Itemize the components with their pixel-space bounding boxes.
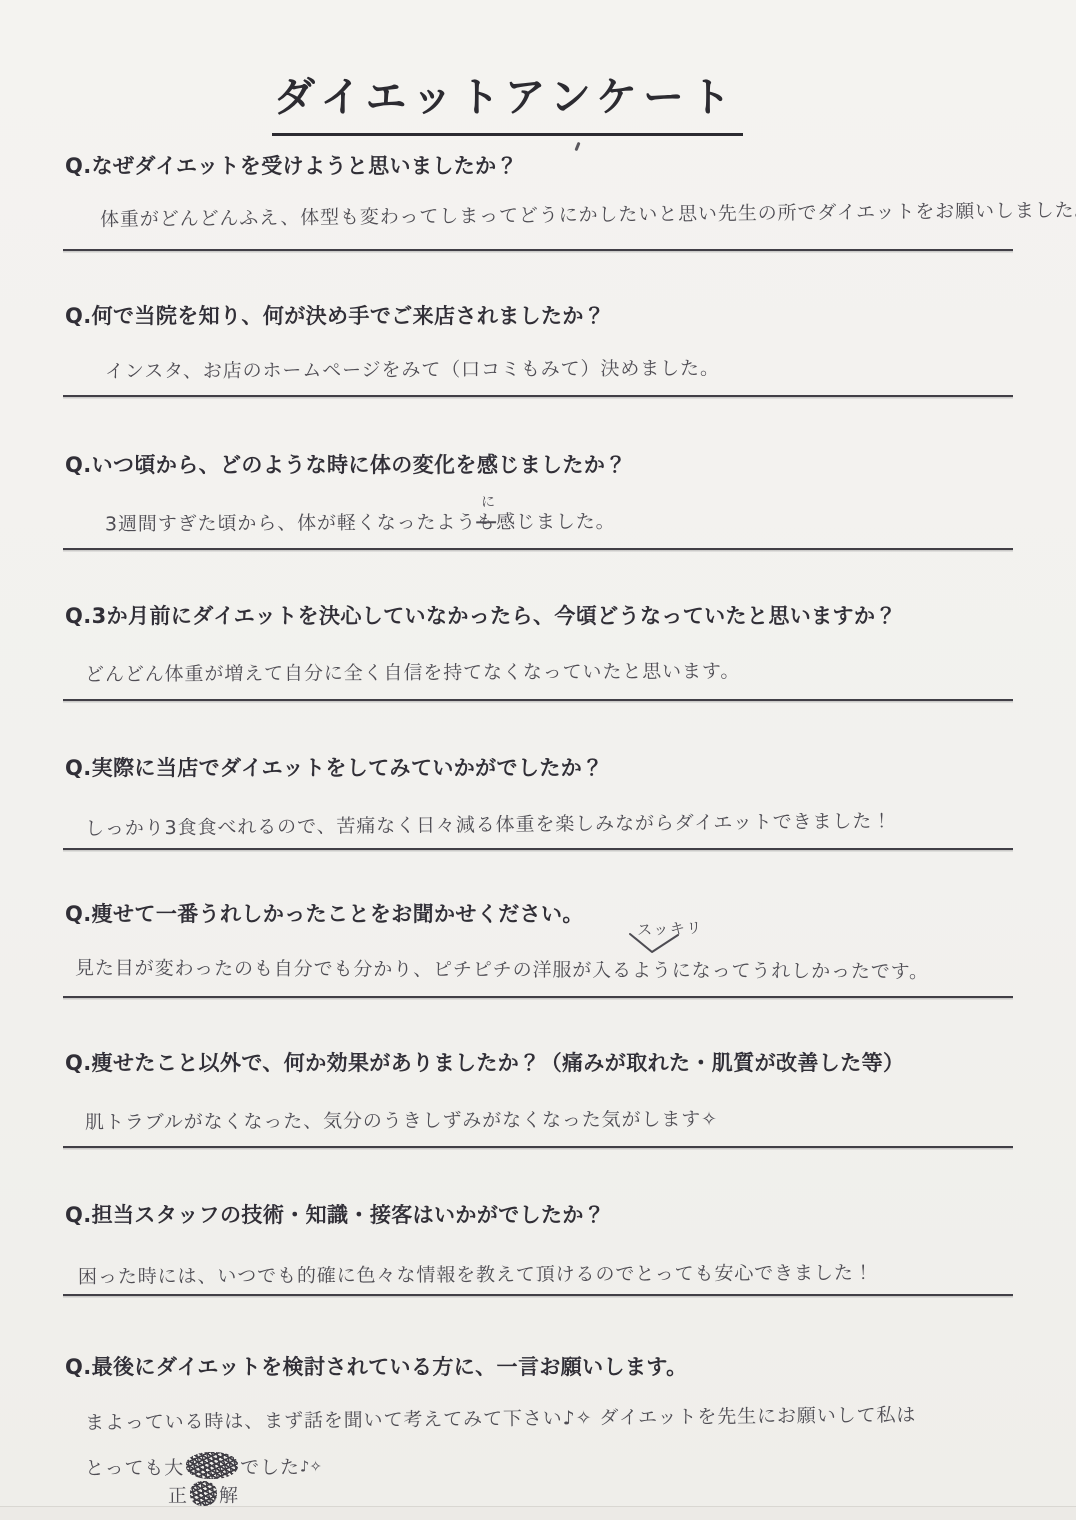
question-text-3: Q.いつ頃から、どのような時に体の変化を感じましたか？ [65,449,627,479]
handwritten-answer-9-line1: まよっている時は、まず話を聞いて考えてみて下さい♪✧ ダイエットを先生にお願いし… [85,1400,917,1435]
handwritten-answer-2: インスタ、お店のホームページをみて（口コミもみて）決めました。 [105,353,720,383]
section-separator [63,848,1013,850]
inserted-char: に [481,491,495,511]
section-separator [63,996,1013,998]
answer-text: 感じました。 [496,511,616,534]
question-text-6: Q.痩せて一番うれしかったことをお聞かせください。 [65,898,584,928]
scanned-questionnaire-page: ダイエットアンケート Q.なぜダイエットを受けようと思いましたか？ 体重がどんど… [0,0,1076,1520]
question-text-2: Q.何で当院を知り、何が決め手でご来店されましたか？ [65,300,605,330]
handwritten-answer-4: どんどん体重が増えて自分に全く自信を持てなくなっていたと思います。 [85,656,740,686]
handwritten-answer-5: しっかり3食食べれるので、苦痛なく日々減る体重を楽しみながらダイエットできました… [85,806,892,841]
scribbled-out-char [190,1481,217,1506]
section-separator [63,395,1013,397]
sparkle-mark: ♪✧ [300,1457,322,1475]
answer-text: でした [240,1456,300,1478]
answer-text: とっても大 [85,1457,184,1480]
caret-arrow-icon [628,930,680,956]
handwritten-answer-8: 困った時には、いつでも的確に色々な情報を教えて頂けるのでとっても安心できました！ [78,1258,874,1289]
struck-char: も [476,511,496,533]
strikeout-correction: もに [476,507,496,534]
handwritten-answer-9-line2: とっても大でした♪✧ [85,1451,322,1480]
question-text-1: Q.なぜダイエットを受けようと思いましたか？ [65,150,518,180]
handwritten-answer-6: 見た目が変わったのも自分でも分かり、ピチピチの洋服が入るようになってうれしかった… [75,953,929,984]
section-separator [63,1294,1013,1296]
handwritten-correction: 正解 [168,1481,239,1508]
handwritten-answer-7: 肌トラブルがなくなった、気分のうきしずみがなくなった気がします✧ [85,1104,718,1134]
correction-text: 解 [219,1485,239,1507]
scan-bottom-edge [0,1506,1076,1520]
handwritten-answer-1: 体重がどんどんふえ、体型も変わってしまってどうにかしたいと思い先生の所でダイエッ… [100,195,1076,232]
section-separator [63,548,1013,550]
handwritten-answer-3: 3週間すぎた頃から、体が軽くなったようもに感じました。 [105,507,616,537]
section-separator [63,699,1013,701]
answer-text: 3週間すぎた頃から、体が軽くなったよう [105,511,476,535]
correction-text: 正 [168,1485,188,1507]
question-text-4: Q.3か月前にダイエットを決心していなかったら、今頃どうなっていたと思いますか？ [65,600,897,630]
question-text-5: Q.実際に当店でダイエットをしてみていかがでしたか？ [65,752,604,782]
scribbled-out-text [186,1452,238,1479]
section-separator [63,249,1013,251]
section-separator [63,1146,1013,1148]
page-title: ダイエットアンケート [272,64,743,136]
question-text-9: Q.最後にダイエットを検討されている方に、一言お願いします。 [65,1351,687,1381]
question-text-7: Q.痩せたこと以外で、何か効果がありましたか？（痛みが取れた・肌質が改善した等） [65,1047,904,1077]
question-text-8: Q.担当スタッフの技術・知識・接客はいかがでしたか？ [65,1199,605,1229]
scan-speck [574,142,580,151]
